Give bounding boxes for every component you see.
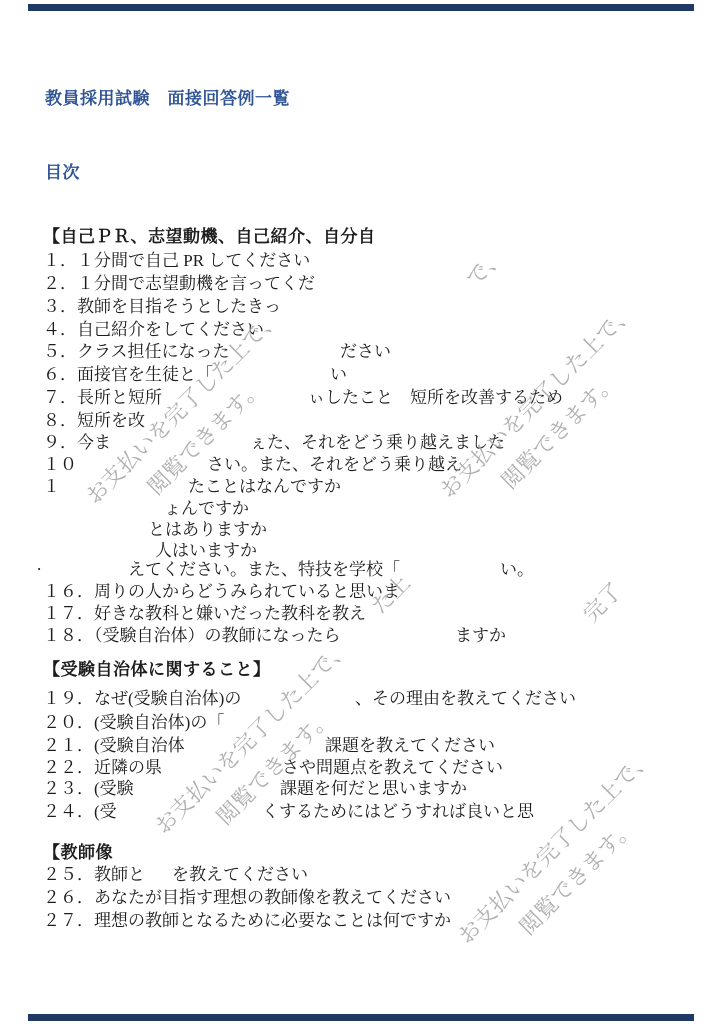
toc-row-fragment: ますか — [455, 621, 506, 646]
toc-row: １７．好きな教科と嫌いだった教科を教え — [0, 599, 724, 622]
document-page: 教員採用試験 面接回答例一覧 目次 【自己ＰＲ、志望動機、自己紹介、自分自１．１… — [0, 0, 724, 1024]
toc-row: ３．教師を目指そうとしたきっ — [0, 292, 724, 315]
toc-row: ４．自己紹介をしてください — [0, 315, 724, 338]
toc-row-text: 【受験自治体に関すること】 — [43, 655, 271, 680]
toc-row: １６．周りの人からどうみられていると思いま — [0, 577, 724, 600]
toc-row: 【受験自治体に関すること】 — [0, 655, 724, 678]
toc-row: ５．クラス担任になったださい — [0, 337, 724, 360]
toc-row-fragment: くするためにはどうすれば良いと思 — [262, 797, 534, 822]
toc-row-text: ２．１分間で志望動機を言ってくだ — [43, 269, 315, 294]
toc-row: １たことはなんですか — [0, 472, 724, 495]
toc-row-text: １．１分間で自己 PR してください — [43, 246, 310, 271]
toc-row: ９．今まぇた、それをどう乗り越えました — [0, 428, 724, 451]
toc-row: ２１．(受験自治体課題を教えてください — [0, 731, 724, 754]
toc-row: ２７．理想の教師となるために必要なことは何ですか — [0, 906, 724, 929]
toc-row-text: ２３．(受験 — [43, 774, 134, 799]
toc-row-fragment: を教えてください — [172, 860, 308, 885]
toc-row: ２５．教師とを教えてください — [0, 860, 724, 883]
toc-row: ２６．あなたが目指す理想の教師像を教えてください — [0, 883, 724, 906]
toc-row-text: １９．なぜ(受験自治体)の — [43, 684, 241, 709]
toc-row: 【自己ＰＲ、志望動機、自己紹介、自分自 — [0, 222, 724, 245]
toc-row-text: ３．教師を目指そうとしたきっ — [43, 292, 281, 317]
toc-row: １．１分間で自己 PR してください — [0, 246, 724, 269]
toc-row-fragment: 、その理由を教えてください — [355, 684, 576, 709]
toc-row: ２．１分間で志望動機を言ってくだ — [0, 269, 724, 292]
toc-row-text: ２７．理想の教師となるために必要なことは何ですか — [43, 906, 451, 931]
toc-row-text: ５．クラス担任になった — [43, 337, 230, 362]
toc-row: １０さい。また、それをどう乗り越え — [0, 450, 724, 473]
toc-row-text: ２４．(受 — [43, 797, 117, 822]
toc-row: ２０．(受験自治体)の「 — [0, 708, 724, 731]
toc-row-fragment: い — [330, 360, 347, 385]
toc-row: １８．（受験自治体）の教師になったらますか — [0, 621, 724, 644]
toc-row: ６．面接官を生徒と「い — [0, 360, 724, 383]
toc-row-text: ６．面接官を生徒と「 — [43, 360, 213, 385]
toc-row: .えてください。また、特技を学校「い。 — [0, 555, 724, 578]
toc-row: ょんですか — [0, 494, 724, 517]
toc-row: １９．なぜ(受験自治体)の、その理由を教えてください — [0, 684, 724, 707]
toc-row: ２２．近隣の県さや問題点を教えてください — [0, 753, 724, 776]
toc-row: ２４．(受くするためにはどうすれば良いと思 — [0, 797, 724, 820]
toc-row-text: ２０．(受験自治体)の「 — [43, 708, 224, 733]
toc-row: ７．長所と短所ぃしたこと 短所を改善するため — [0, 383, 724, 406]
toc-row-text: １８．（受験自治体）の教師になったら — [43, 621, 341, 646]
toc-row-fragment: . — [37, 555, 41, 575]
toc-list: 【自己ＰＲ、志望動機、自己紹介、自分自１．１分間で自己 PR してください２．１… — [0, 0, 724, 1024]
toc-row-fragment: ださい — [340, 337, 391, 362]
toc-row-fragment: ぃしたこと 短所を改善するため — [308, 383, 563, 408]
toc-row-text: ２５．教師と — [43, 860, 145, 885]
toc-row: 【教師像 — [0, 838, 724, 861]
toc-row-text: 【自己ＰＲ、志望動機、自己紹介、自分自 — [43, 222, 376, 247]
toc-row-text: ２６．あなたが目指す理想の教師像を教えてください — [43, 883, 451, 908]
toc-row: ８．短所を改 — [0, 406, 724, 429]
toc-row: とはありますか — [0, 515, 724, 538]
toc-row-fragment: 課題を何だと思いますか — [280, 774, 467, 799]
toc-row: ２３．(受験課題を何だと思いますか — [0, 774, 724, 797]
toc-row-text: ７．長所と短所 — [43, 383, 162, 408]
